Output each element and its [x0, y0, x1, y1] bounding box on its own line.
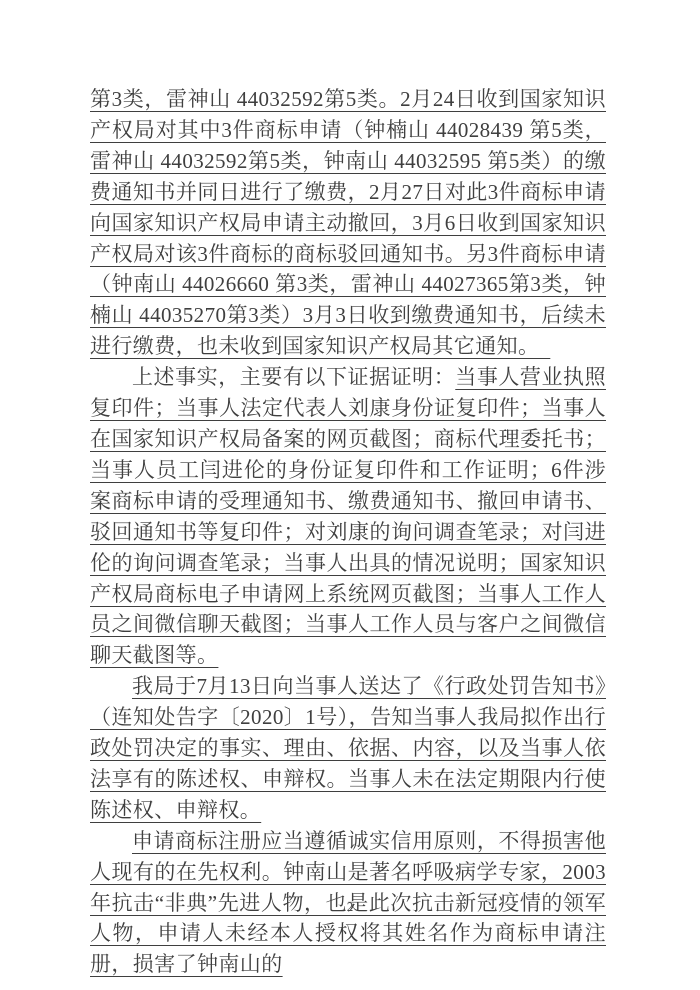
- underlined-text: 我局于7月13日向当事人送达了《行政处罚告知书》（连知处告字〔2020〕1号），…: [90, 674, 606, 822]
- document-page: 第3类，雷神山 44032592第5类。2月24日收到国家知识产权局对其中3件商…: [0, 0, 700, 990]
- para-evidence-list: 上述事实，主要有以下证据证明：当事人营业执照复印件；当事人法定代表人刘康身份证复…: [90, 362, 606, 671]
- para-trademark-facts: 第3类，雷神山 44032592第5类。2月24日收到国家知识产权局对其中3件商…: [90, 84, 606, 362]
- page-number: 2: [0, 899, 700, 915]
- underlined-text: 当事人营业执照复印件；当事人法定代表人刘康身份证复印件；当事人在国家知识产权局备…: [90, 365, 606, 667]
- document-body: 第3类，雷神山 44032592第5类。2月24日收到国家知识产权局对其中3件商…: [90, 84, 606, 980]
- plain-text: 上述事实，主要有以下证据证明：: [132, 365, 455, 389]
- para-penalty-notification: 我局于7月13日向当事人送达了《行政处罚告知书》（连知处告字〔2020〕1号），…: [90, 671, 606, 826]
- underlined-text: 第3类，雷神山 44032592第5类。2月24日收到国家知识产权局对其中3件商…: [90, 87, 606, 358]
